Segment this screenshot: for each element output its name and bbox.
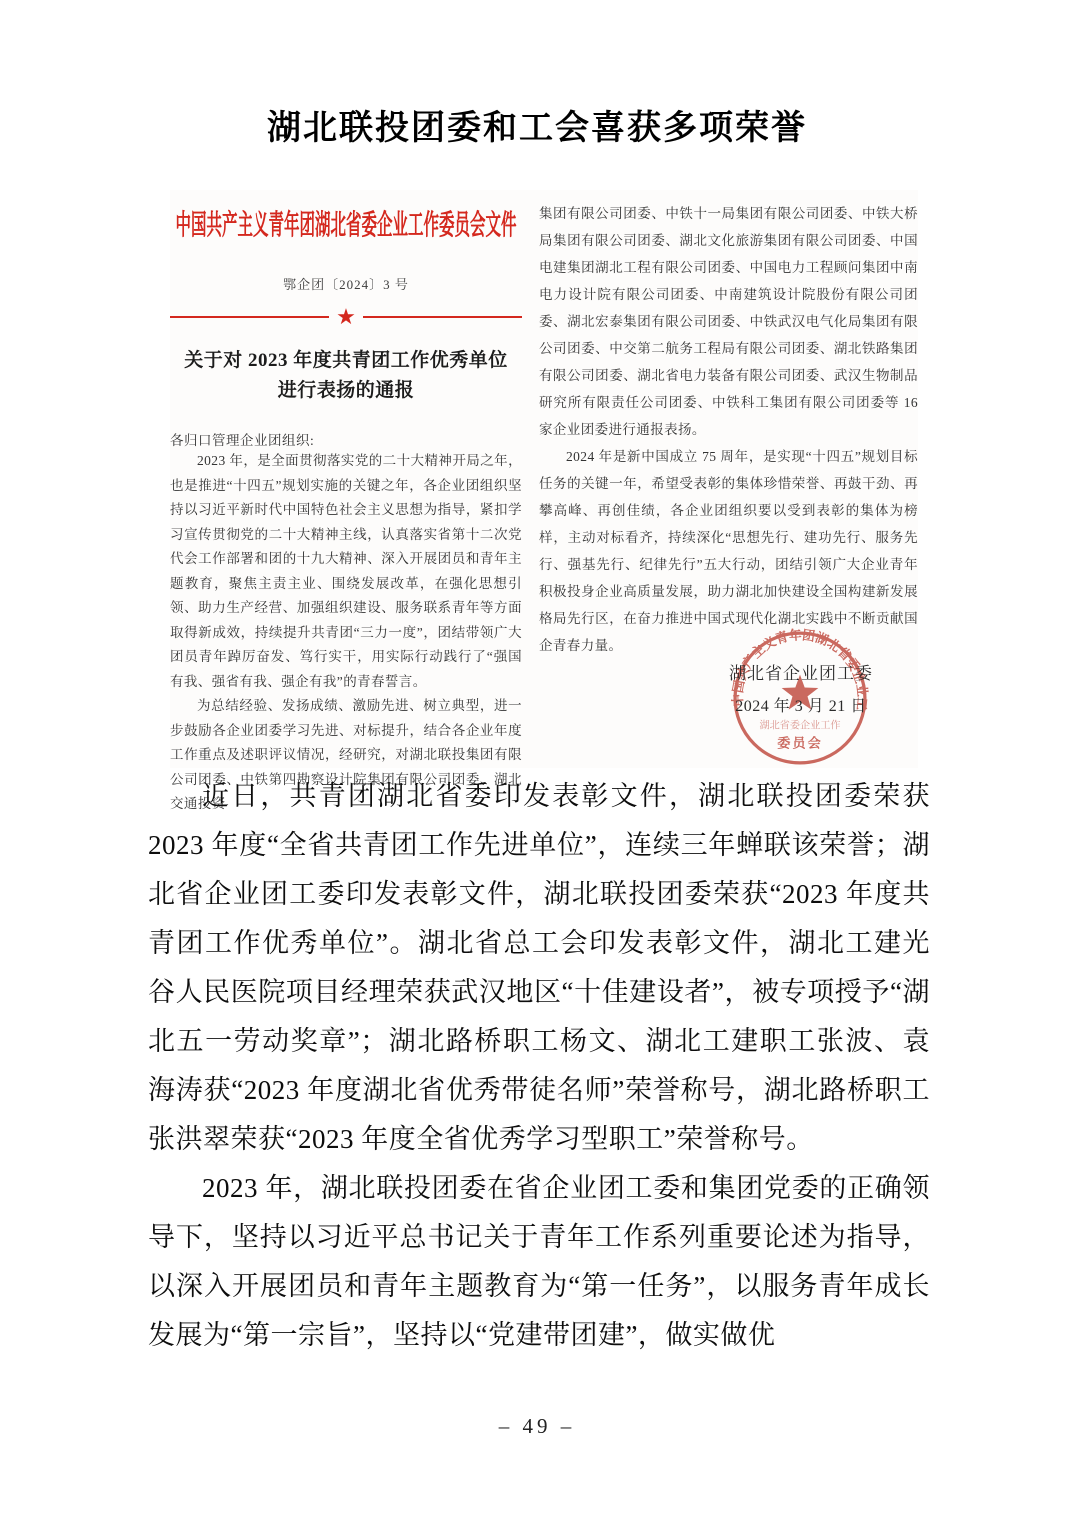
article-body: 近日，共青团湖北省委印发表彰文件，湖北联投团委荣获 2023 年度“全省共青团工… [148, 772, 930, 1360]
divider-rule-right [363, 316, 522, 318]
red-letterhead: 中国共产主义青年团湖北省委企业工作委员会文件 [175, 203, 516, 243]
page-title: 湖北联投团委和工会喜获多项荣誉 [0, 100, 1074, 149]
signature-date: 2024 年 3 月 21 日 [697, 693, 905, 716]
article-paragraph: 近日，共青团湖北省委印发表彰文件，湖北联投团委荣获 2023 年度“全省共青团工… [148, 772, 930, 1164]
page-number: – 49 – [0, 1414, 1074, 1439]
document-page: { "page": { "title": "湖北联投团委和工会喜获多项荣誉", … [0, 0, 1074, 1520]
red-star-icon: ★ [336, 306, 356, 328]
letterhead-wrap: 中国共产主义青年团湖北省委企业工作委员会文件 [170, 198, 522, 248]
scan-paragraph: 2023 年，是全面贯彻落实党的二十大精神开局之年，也是推进“十四五”规划实施的… [170, 449, 522, 694]
scanned-document-image: 中国共产主义青年团湖北省委企业工作委员会文件 鄂企团〔2024〕3 号 ★ 关于… [170, 190, 918, 768]
seal-bottom-text: 委员会 [777, 735, 823, 751]
signature-block: 中国共产主义青年团湖北省委企业工作 湖北省委企业工作 委员会 湖北省企业团工委 … [539, 627, 918, 777]
doc-title: 关于对 2023 年度共青团工作优秀单位 进行表扬的通报 [170, 346, 522, 406]
doc-title-line2: 进行表扬的通报 [170, 376, 522, 406]
doc-number: 鄂企团〔2024〕3 号 [170, 274, 522, 293]
scan-paragraph: 集团有限公司团委、中铁十一局集团有限公司团委、中铁大桥局集团有限公司团委、湖北文… [539, 200, 918, 443]
seal-inner-text: 湖北省委企业工作 [760, 718, 841, 731]
article-paragraph: 2023 年，湖北联投团委在省企业团工委和集团党委的正确领导下，坚持以习近平总书… [148, 1164, 930, 1360]
red-divider: ★ [170, 306, 522, 328]
doc-title-line1: 关于对 2023 年度共青团工作优秀单位 [170, 346, 522, 376]
scan-right-column: 集团有限公司团委、中铁十一局集团有限公司团委、中铁大桥局集团有限公司团委、湖北文… [539, 190, 918, 768]
signer-name: 湖北省企业团工委 [697, 659, 905, 684]
salutation: 各归口管理企业团组织: [170, 429, 522, 449]
divider-rule-left [170, 316, 329, 318]
scan-left-column: 中国共产主义青年团湖北省委企业工作委员会文件 鄂企团〔2024〕3 号 ★ 关于… [170, 190, 522, 768]
